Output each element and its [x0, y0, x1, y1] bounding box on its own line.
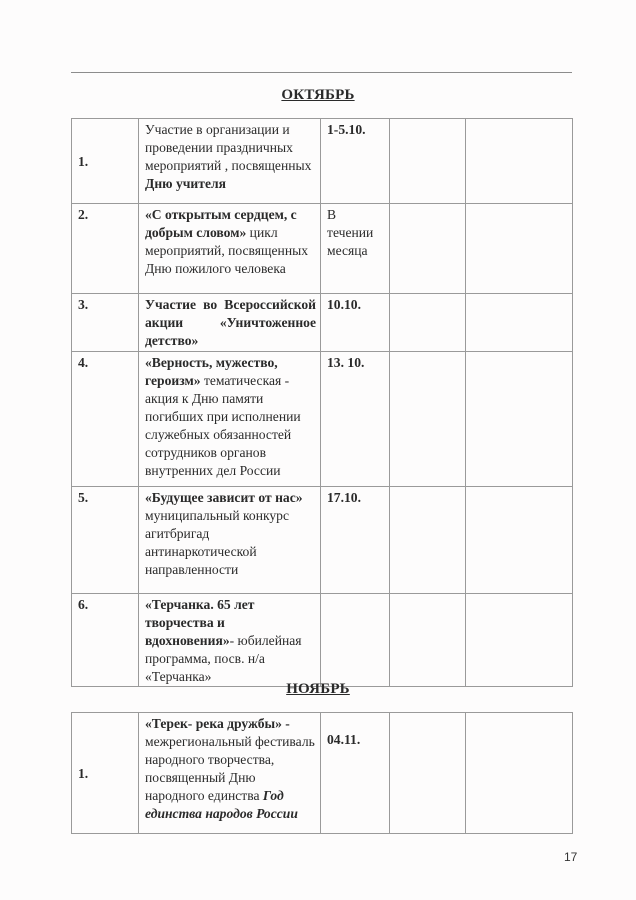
- responsible-cell: [390, 352, 466, 487]
- october-events-table: 1.Участие в организации и проведении пра…: [71, 118, 573, 687]
- responsible-cell: [390, 594, 466, 687]
- event-description: Участие в организации и проведении празд…: [139, 119, 321, 204]
- event-text-part: тематическая - акция к Дню памяти погибш…: [145, 373, 301, 478]
- header-rule: [71, 72, 572, 73]
- event-description: «Терек- река дружбы» - межрегиональный ф…: [139, 713, 321, 834]
- table-row: 3.Участие во Всероссийской акции «Уничто…: [72, 294, 573, 352]
- event-date: 04.11.: [321, 713, 390, 834]
- section-title-october: ОКТЯБРЬ: [0, 87, 636, 104]
- table-row: 1.«Терек- река дружбы» - межрегиональный…: [72, 713, 573, 834]
- table-row: 6.«Терчанка. 65 лет творчества и вдохнов…: [72, 594, 573, 687]
- notes-cell: [466, 204, 573, 294]
- event-description: Участие во Всероссийской акции «Уничтоже…: [139, 294, 321, 352]
- row-number: 6.: [72, 594, 139, 687]
- notes-cell: [466, 294, 573, 352]
- row-number: 4.: [72, 352, 139, 487]
- event-text-part: «Терек- река дружбы» -: [145, 716, 290, 731]
- responsible-cell: [390, 119, 466, 204]
- event-text-part: Дню учителя: [145, 176, 226, 191]
- responsible-cell: [390, 487, 466, 594]
- event-description: «Будущее зависит от нас» муниципальный к…: [139, 487, 321, 594]
- table-row: 1.Участие в организации и проведении пра…: [72, 119, 573, 204]
- table-row: 4.«Верность, мужество, героизм» тематиче…: [72, 352, 573, 487]
- section-title-november: НОЯБРЬ: [0, 681, 636, 698]
- row-number: 1.: [72, 119, 139, 204]
- event-text-part: муниципальный конкурс агитбригад антинар…: [145, 508, 289, 577]
- row-number: 2.: [72, 204, 139, 294]
- event-date: [321, 594, 390, 687]
- event-description: «Верность, мужество, героизм» тематическ…: [139, 352, 321, 487]
- event-date: 13. 10.: [321, 352, 390, 487]
- notes-cell: [466, 594, 573, 687]
- event-description: «С открытым сердцем, с добрым словом» ци…: [139, 204, 321, 294]
- row-number: 1.: [72, 713, 139, 834]
- table-row: 2.«С открытым сердцем, с добрым словом» …: [72, 204, 573, 294]
- event-date: 1-5.10.: [321, 119, 390, 204]
- notes-cell: [466, 713, 573, 834]
- table-row: 5. «Будущее зависит от нас» муниципальны…: [72, 487, 573, 594]
- responsible-cell: [390, 713, 466, 834]
- event-date: 10.10.: [321, 294, 390, 352]
- row-number: 3.: [72, 294, 139, 352]
- event-date: В течении месяца: [321, 204, 390, 294]
- event-description: «Терчанка. 65 лет творчества и вдохновен…: [139, 594, 321, 687]
- notes-cell: [466, 487, 573, 594]
- page-number: 17: [564, 850, 577, 864]
- event-date: 17.10.: [321, 487, 390, 594]
- event-text-part: Участие во Всероссийской акции «Уничтоже…: [145, 297, 316, 348]
- notes-cell: [466, 119, 573, 204]
- responsible-cell: [390, 204, 466, 294]
- responsible-cell: [390, 294, 466, 352]
- row-number: 5.: [72, 487, 139, 594]
- event-text-part: «Будущее зависит от нас»: [145, 490, 303, 505]
- november-events-table: 1.«Терек- река дружбы» - межрегиональный…: [71, 712, 573, 834]
- event-text-part: Участие в организации и проведении празд…: [145, 122, 311, 173]
- event-text-part: межрегиональный фестиваль народного твор…: [145, 734, 315, 803]
- notes-cell: [466, 352, 573, 487]
